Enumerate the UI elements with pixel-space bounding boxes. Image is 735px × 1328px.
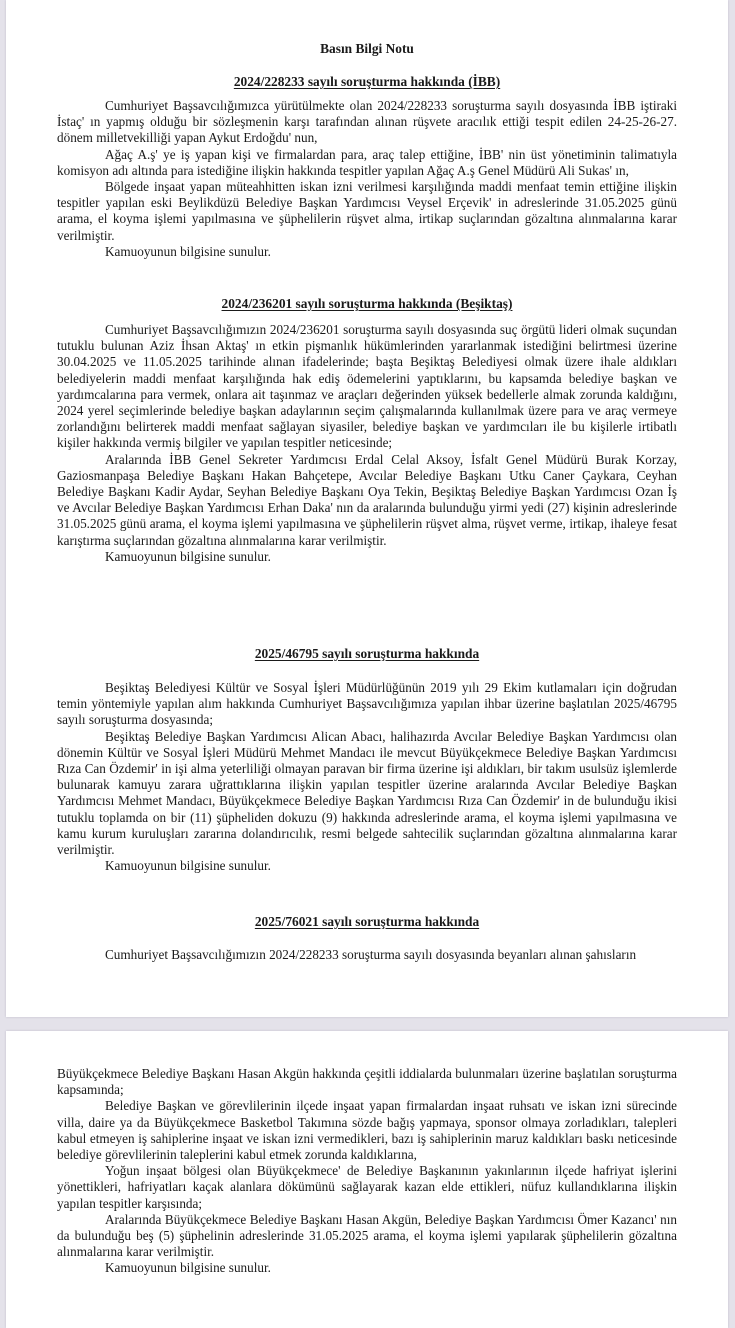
document-title: Basın Bilgi Notu: [57, 41, 677, 57]
paragraph: Cumhuriyet Başsavcılığımızca yürütülmekt…: [57, 98, 677, 147]
section-heading-besiktas: 2024/236201 sayılı soruşturma hakkında (…: [57, 296, 677, 312]
section-heading-46795: 2025/46795 sayılı soruşturma hakkında: [57, 646, 677, 662]
document-page-2: Büyükçekmece Belediye Başkanı Hasan Akgü…: [6, 1031, 728, 1328]
paragraph: Beşiktaş Belediye Başkan Yardımcısı Alic…: [57, 729, 677, 859]
paragraph: Belediye Başkan ve görevlilerinin ilçede…: [57, 1098, 677, 1163]
section-body-76021: Cumhuriyet Başsavcılığımızın 2024/228233…: [57, 947, 677, 963]
closing-line: Kamuoyunun bilgisine sunulur.: [57, 244, 677, 260]
paragraph: Aralarında İBB Genel Sekreter Yardımcısı…: [57, 452, 677, 549]
section-heading-ibb: 2024/228233 sayılı soruşturma hakkında (…: [57, 74, 677, 90]
section-body-ibb: Cumhuriyet Başsavcılığımızca yürütülmekt…: [57, 98, 677, 260]
document-page-1: Basın Bilgi Notu 2024/228233 sayılı soru…: [6, 0, 728, 1017]
paragraph: Yoğun inşaat bölgesi olan Büyükçekmece' …: [57, 1163, 677, 1212]
paragraph: Cumhuriyet Başsavcılığımızın 2024/236201…: [57, 322, 677, 452]
section-body-46795: Beşiktaş Belediyesi Kültür ve Sosyal İşl…: [57, 680, 677, 874]
closing-line: Kamuoyunun bilgisine sunulur.: [57, 858, 677, 874]
paragraph: Ağaç A.ş' ye iş yapan kişi ve firmalarda…: [57, 147, 677, 179]
closing-line: Kamuoyunun bilgisine sunulur.: [57, 1260, 677, 1276]
paragraph: Bölgede inşaat yapan müteahhitten iskan …: [57, 179, 677, 244]
section-body-besiktas: Cumhuriyet Başsavcılığımızın 2024/236201…: [57, 322, 677, 565]
paragraph-continuation: Büyükçekmece Belediye Başkanı Hasan Akgü…: [57, 1066, 677, 1098]
paragraph: Cumhuriyet Başsavcılığımızın 2024/228233…: [57, 947, 677, 963]
closing-line: Kamuoyunun bilgisine sunulur.: [57, 549, 677, 565]
page-2-body: Büyükçekmece Belediye Başkanı Hasan Akgü…: [57, 1066, 677, 1277]
paragraph: Beşiktaş Belediyesi Kültür ve Sosyal İşl…: [57, 680, 677, 729]
section-heading-76021: 2025/76021 sayılı soruşturma hakkında: [57, 914, 677, 930]
paragraph: Aralarında Büyükçekmece Belediye Başkanı…: [57, 1212, 677, 1261]
